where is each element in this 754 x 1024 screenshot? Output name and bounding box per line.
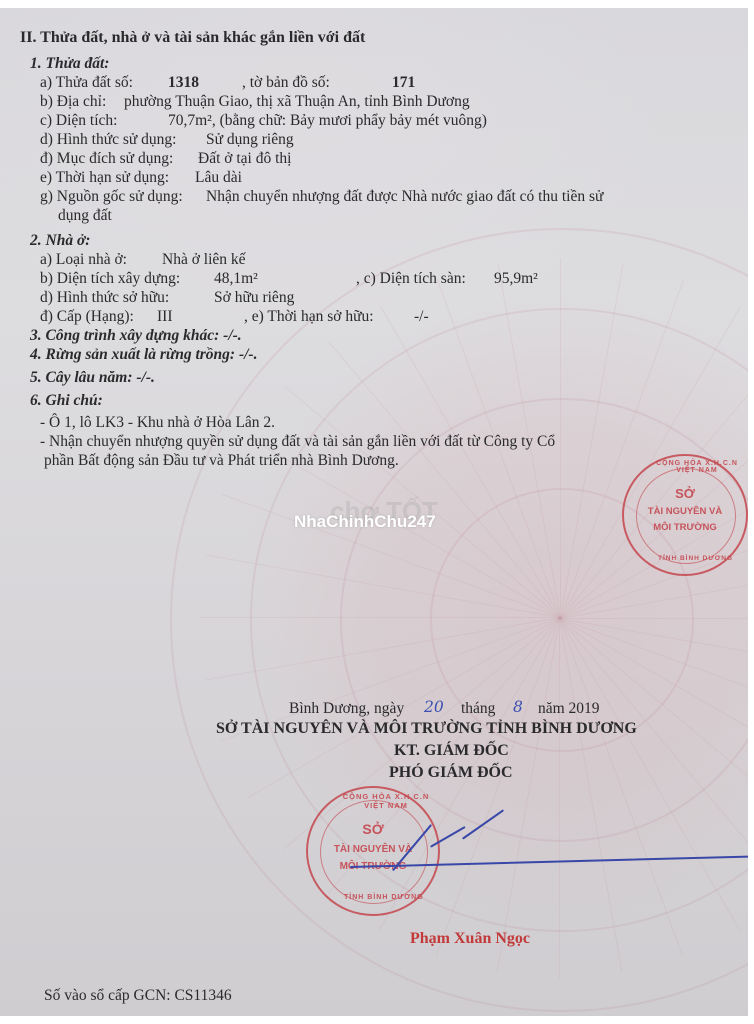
seal-center-line3: MÔI TRƯỜNG bbox=[624, 520, 746, 535]
on-behalf-label: KT. GIÁM ĐỐC bbox=[394, 742, 509, 760]
origin-value-line2: dụng đất bbox=[58, 207, 112, 225]
seal-ring-bottom: TỈNH BÌNH DƯƠNG bbox=[344, 894, 424, 901]
perennial-trees: 5. Cây lâu năm: -/-. bbox=[30, 369, 155, 387]
area-label: c) Diện tích: bbox=[40, 112, 117, 130]
floor-area-label: , c) Diện tích sàn: bbox=[356, 270, 466, 288]
seal-center-line1: SỞ bbox=[624, 486, 746, 501]
note-line-2: - Nhận chuyển nhượng quyền sử dụng đất v… bbox=[40, 433, 555, 451]
certificate-page: II. Thửa đất, nhà ở và tài sản khác gắn … bbox=[0, 8, 748, 1016]
house-type-value: Nhà ở liên kế bbox=[162, 251, 246, 269]
origin-label: g) Nguồn gốc sử dụng: bbox=[40, 188, 183, 206]
watermark-ray bbox=[560, 618, 748, 619]
house-type-label: a) Loại nhà ở: bbox=[40, 251, 127, 269]
usage-form-label: d) Hình thức sử dụng: bbox=[40, 131, 177, 149]
seal-center-line2: TÀI NGUYÊN VÀ bbox=[308, 842, 438, 857]
address-label: b) Địa chỉ: bbox=[40, 93, 106, 111]
map-sheet-number: 171 bbox=[392, 74, 415, 92]
watermark-ray bbox=[560, 258, 561, 618]
seal-center-line1: SỞ bbox=[308, 822, 438, 837]
watermark-ray bbox=[559, 618, 560, 978]
seal-ring-bottom: TỈNH BÌNH DƯƠNG bbox=[658, 555, 733, 562]
agency-name: SỞ TÀI NGUYÊN VÀ MÔI TRƯỜNG TỈNH BÌNH DƯ… bbox=[216, 720, 637, 738]
section-title: II. Thửa đất, nhà ở và tài sản khác gắn … bbox=[20, 29, 365, 47]
other-construction: 3. Công trình xây dựng khác: -/-. bbox=[30, 327, 242, 345]
notes-heading: 6. Ghi chú: bbox=[30, 392, 103, 410]
seal-ring-text: CỘNG HÒA X.H.C.N VIỆT NAM bbox=[648, 460, 746, 474]
note-line-1: - Ô 1, lô LK3 - Khu nhà ở Hòa Lân 2. bbox=[40, 414, 275, 432]
watermark-text: NhaChinhChu247 bbox=[294, 512, 436, 532]
ownership-value: Sở hữu riêng bbox=[214, 289, 294, 307]
house-heading: 2. Nhà ở: bbox=[30, 232, 90, 250]
seal-center-line2: TÀI NGUYÊN VÀ bbox=[624, 504, 746, 519]
signer-name: Phạm Xuân Ngọc bbox=[410, 930, 530, 948]
production-forest: 4. Rừng sản xuất là rừng trồng: -/-. bbox=[30, 346, 257, 364]
purpose-value: Đất ở tại đô thị bbox=[198, 150, 291, 168]
date-month: 8 bbox=[513, 698, 523, 716]
grade-value: III bbox=[157, 308, 173, 326]
date-day: 20 bbox=[424, 698, 444, 716]
watermark-ray bbox=[200, 617, 560, 618]
position-title: PHÓ GIÁM ĐỐC bbox=[389, 764, 513, 782]
parcel-label: a) Thửa đất số: bbox=[40, 74, 133, 92]
seal-ring-text: CỘNG HÒA X.H.C.N VIỆT NAM bbox=[334, 792, 438, 810]
year-label: năm 2019 bbox=[538, 700, 600, 718]
address-value: phường Thuận Giao, thị xã Thuận An, tỉnh… bbox=[124, 93, 470, 111]
map-sheet-label: , tờ bản đồ số: bbox=[242, 74, 330, 92]
land-heading: 1. Thửa đất: bbox=[30, 55, 109, 73]
built-area-value: 48,1m² bbox=[214, 270, 258, 288]
own-term-label: , e) Thời hạn sở hữu: bbox=[244, 308, 374, 326]
usage-form-value: Sử dụng riêng bbox=[206, 131, 294, 149]
term-value: Lâu dài bbox=[195, 169, 242, 187]
purpose-label: đ) Mục đích sử dụng: bbox=[40, 150, 173, 168]
own-term-value: -/- bbox=[414, 308, 429, 326]
grade-label: đ) Cấp (Hạng): bbox=[40, 308, 134, 326]
official-seal-signature: CỘNG HÒA X.H.C.N VIỆT NAM SỞ TÀI NGUYÊN … bbox=[306, 786, 440, 916]
term-label: e) Thời hạn sử dụng: bbox=[40, 169, 169, 187]
official-seal-right: CỘNG HÒA X.H.C.N VIỆT NAM SỞ TÀI NGUYÊN … bbox=[622, 454, 748, 576]
area-value: 70,7m², (bằng chữ: Bảy mươi phẩy bảy mét… bbox=[168, 112, 487, 130]
registry-number: Số vào sổ cấp GCN: CS11346 bbox=[44, 987, 232, 1005]
ownership-label: d) Hình thức sở hữu: bbox=[40, 289, 169, 307]
place-date-prefix: Bình Dương, ngày bbox=[289, 700, 404, 718]
note-line-3: phần Bất động sản Đầu tư và Phát triển n… bbox=[44, 452, 399, 470]
built-area-label: b) Diện tích xây dựng: bbox=[40, 270, 180, 288]
origin-value-line1: Nhận chuyển nhượng đất được Nhà nước gia… bbox=[206, 188, 603, 206]
floor-area-value: 95,9m² bbox=[494, 270, 538, 288]
parcel-number: 1318 bbox=[168, 74, 199, 92]
month-label: tháng bbox=[461, 700, 495, 718]
